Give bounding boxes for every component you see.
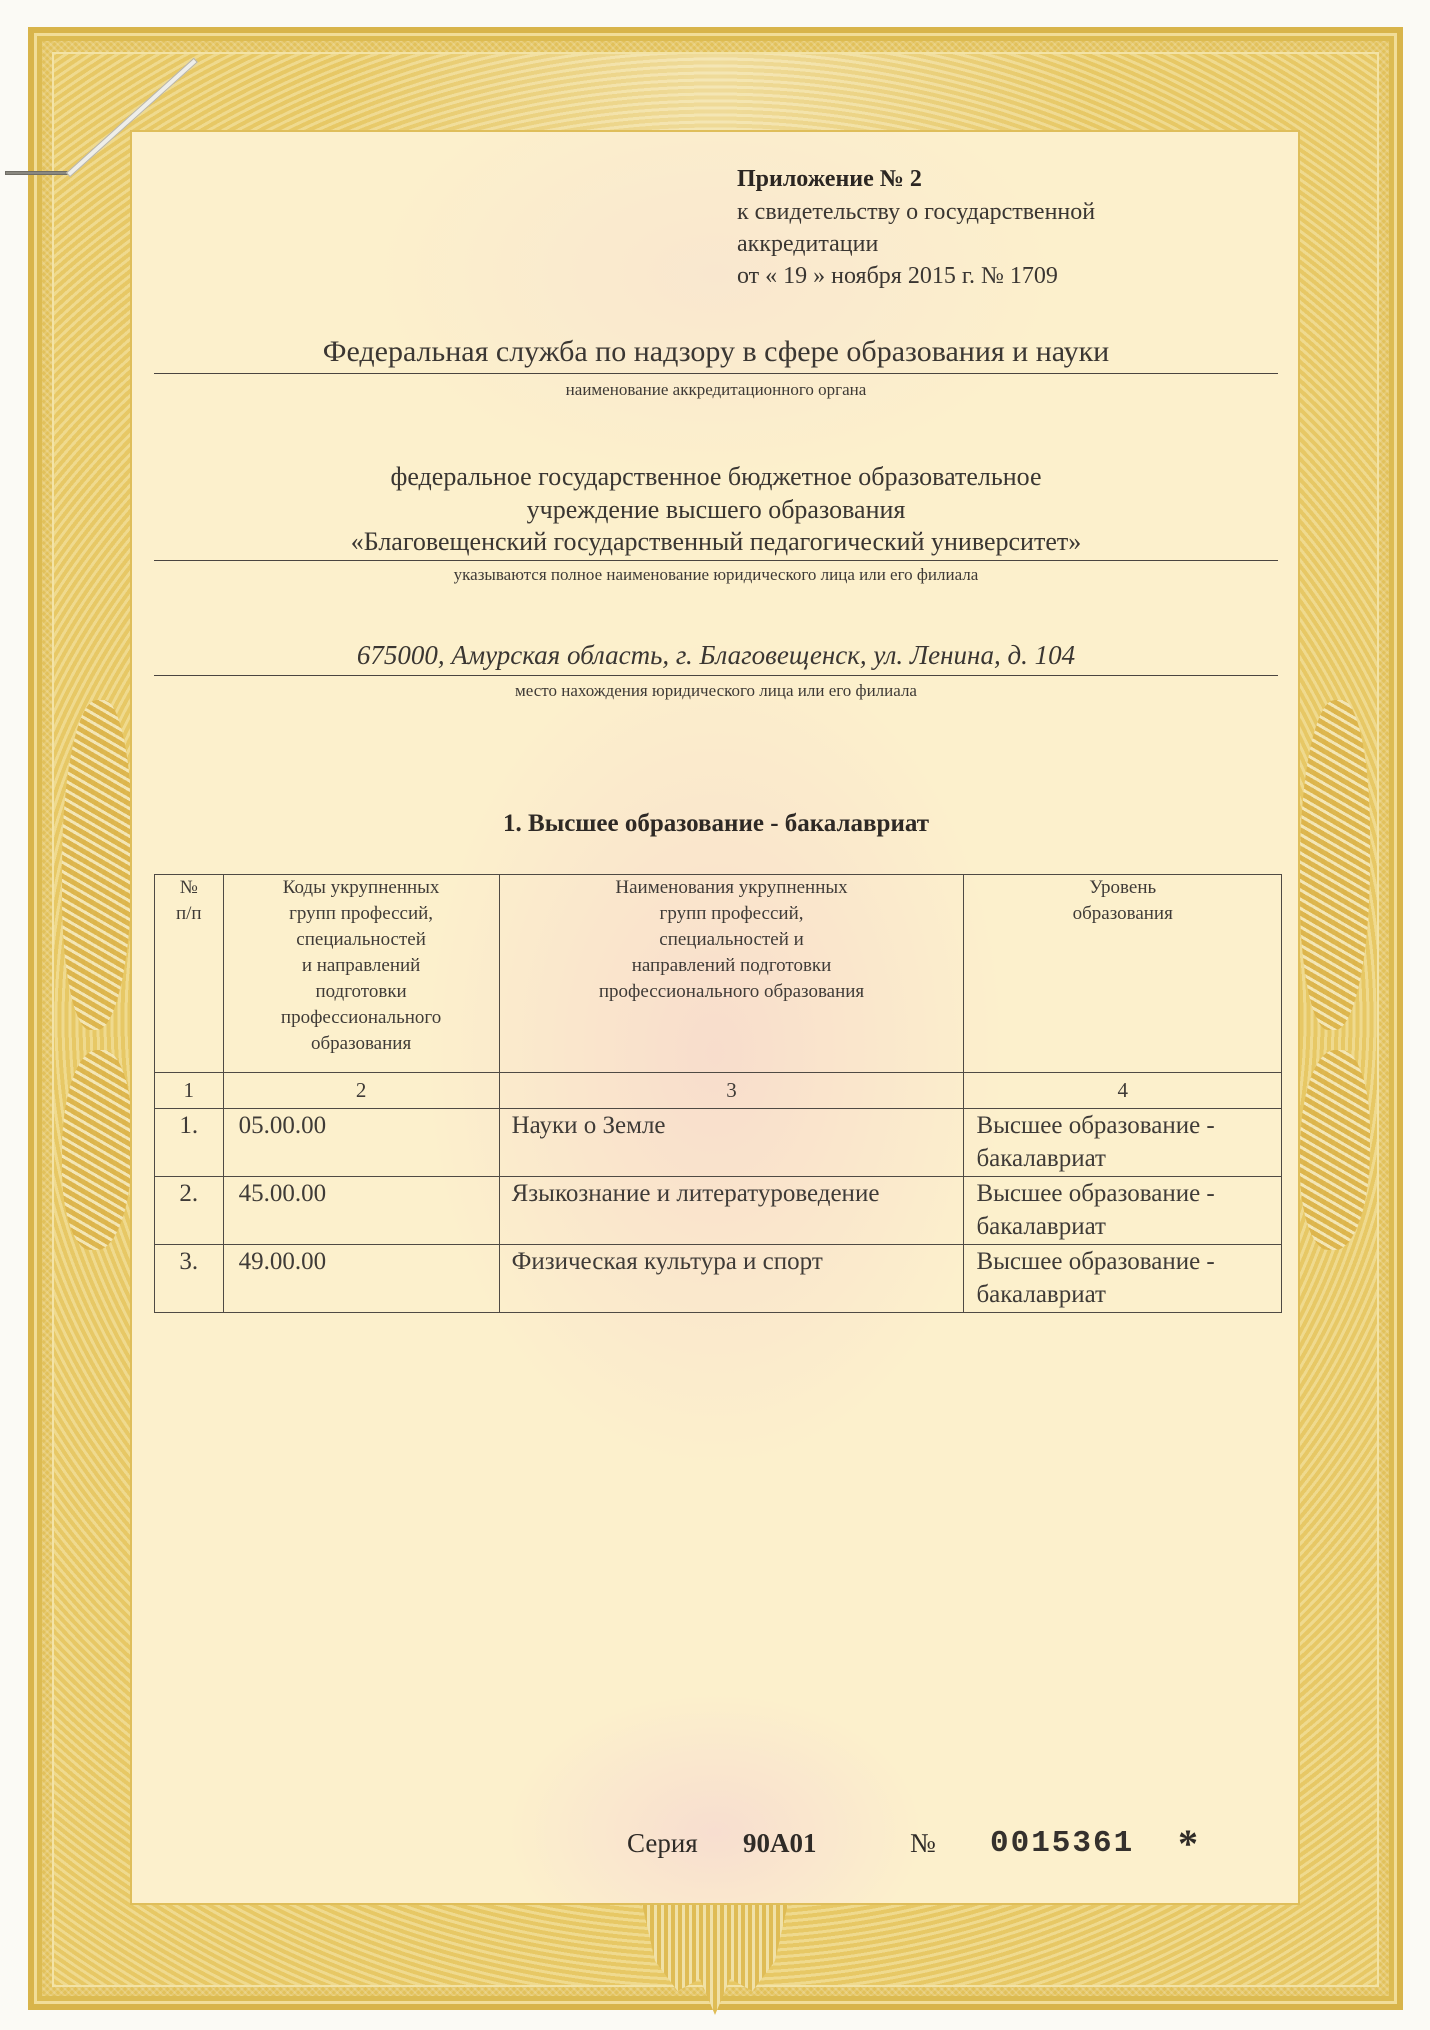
column-number: 4 — [964, 1073, 1282, 1109]
binding-thread-icon — [5, 171, 72, 175]
acanthus-ornament-right-lower — [1300, 1050, 1370, 1250]
table-column-numbers-row: 1 2 3 4 — [155, 1073, 1282, 1109]
series-label: Серия — [627, 1828, 698, 1859]
address-underline — [154, 675, 1278, 676]
table-row: 1. 05.00.00 Науки о Земле Высшее образов… — [155, 1109, 1282, 1177]
row-level: Высшее образование - бакалавриат — [964, 1177, 1282, 1245]
row-index: 1. — [155, 1109, 224, 1177]
acanthus-ornament-left-lower — [62, 1050, 132, 1250]
asterisk-mark-icon: * — [1178, 1820, 1198, 1867]
table-row: 2. 45.00.00 Языкознание и литературоведе… — [155, 1177, 1282, 1245]
row-name: Науки о Земле — [499, 1109, 964, 1177]
series-value: 90А01 — [743, 1828, 817, 1859]
header-names: Наименования укрупненных групп профессий… — [499, 875, 964, 1073]
row-code: 45.00.00 — [223, 1177, 499, 1245]
qualifications-table: № п/п Коды укрупненных групп профессий, … — [154, 874, 1282, 1313]
row-index: 3. — [155, 1245, 224, 1313]
row-index: 2. — [155, 1177, 224, 1245]
agency-caption: наименование аккредитационного органа — [154, 380, 1278, 400]
accreditation-agency-name: Федеральная служба по надзору в сфере об… — [154, 335, 1278, 369]
acanthus-ornament-left — [62, 700, 132, 1030]
annex-subtitle-line1: к свидетельству о государственной — [737, 199, 1095, 226]
organization-underline — [154, 560, 1278, 561]
organization-address: 675000, Амурская область, г. Благовещенс… — [154, 640, 1278, 671]
column-number: 2 — [223, 1073, 499, 1109]
agency-underline — [154, 373, 1278, 374]
number-sign: № — [910, 1828, 936, 1859]
annex-title: Приложение № 2 — [737, 166, 922, 193]
row-code: 05.00.00 — [223, 1109, 499, 1177]
section-title: 1. Высшее образование - бакалавриат — [154, 810, 1278, 838]
organization-name-line2: учреждение высшего образования — [154, 495, 1278, 525]
table-header-row: № п/п Коды укрупненных групп профессий, … — [155, 875, 1282, 1073]
organization-name-line1: федеральное государственное бюджетное об… — [154, 462, 1278, 492]
organization-caption: указываются полное наименование юридичес… — [154, 565, 1278, 585]
row-name: Физическая культура и спорт — [499, 1245, 964, 1313]
header-index: № п/п — [155, 875, 224, 1073]
document-number: 0015361 — [990, 1826, 1134, 1861]
header-level: Уровень образования — [964, 875, 1282, 1073]
organization-name-line3: «Благовещенский государственный педагоги… — [154, 527, 1278, 557]
header-codes: Коды укрупненных групп профессий, специа… — [223, 875, 499, 1073]
column-number: 3 — [499, 1073, 964, 1109]
address-caption: место нахождения юридического лица или е… — [154, 681, 1278, 701]
table-row: 3. 49.00.00 Физическая культура и спорт … — [155, 1245, 1282, 1313]
annex-date-number: от « 19 » ноября 2015 г. № 1709 — [737, 263, 1058, 290]
annex-subtitle-line2: аккредитации — [737, 231, 878, 258]
row-level: Высшее образование - бакалавриат — [964, 1109, 1282, 1177]
row-name: Языкознание и литературоведение — [499, 1177, 964, 1245]
acanthus-ornament-right — [1300, 700, 1370, 1030]
row-level: Высшее образование - бакалавриат — [964, 1245, 1282, 1313]
column-number: 1 — [155, 1073, 224, 1109]
row-code: 49.00.00 — [223, 1245, 499, 1313]
